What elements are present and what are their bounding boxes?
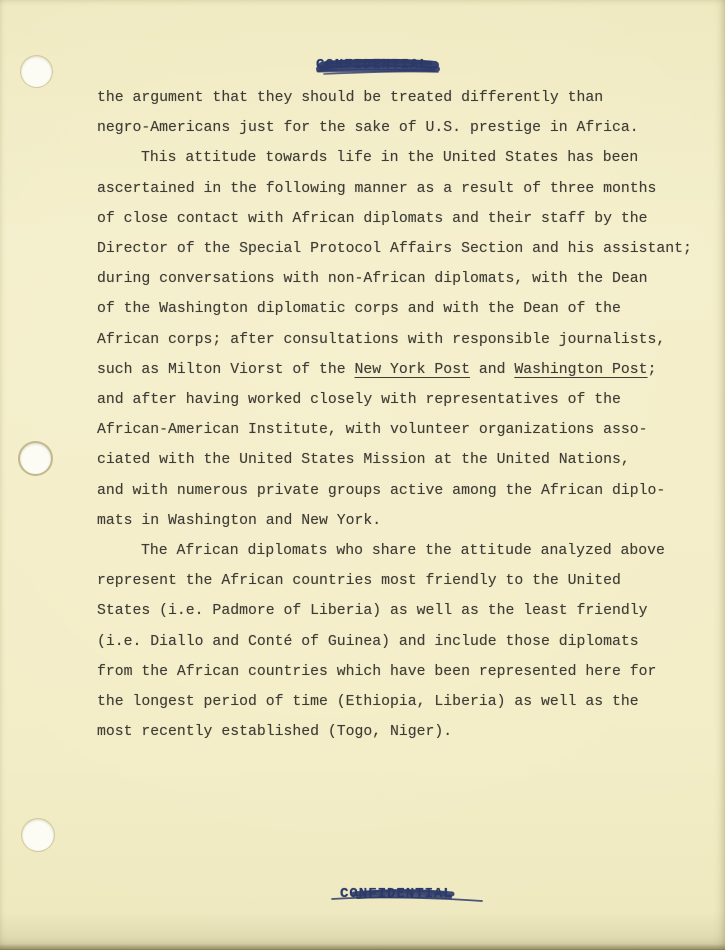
document-lines: the argument that they should be treated… — [97, 83, 707, 747]
text-segment: (i.e. Diallo and Conté of Guinea) and in… — [97, 634, 639, 650]
text-segment: and — [470, 362, 514, 378]
text-line: the longest period of time (Ethiopia, Li… — [97, 687, 707, 717]
text-line: The African diplomats who share the atti… — [97, 536, 707, 566]
text-segment: from the African countries which have be… — [97, 664, 656, 680]
text-line: from the African countries which have be… — [97, 657, 707, 687]
text-segment: mats in Washington and New York. — [97, 513, 381, 529]
text-segment: most recently established (Togo, Niger). — [97, 724, 452, 740]
text-segment: the longest period of time (Ethiopia, Li… — [97, 694, 639, 710]
punch-hole-bottom — [22, 819, 54, 851]
underlined-text: New York Post — [355, 362, 470, 378]
text-line: and after having worked closely with rep… — [97, 385, 707, 415]
text-segment: the argument that they should be treated… — [97, 90, 603, 106]
page-bottom-shadow — [0, 944, 725, 950]
text-segment: and after having worked closely with rep… — [97, 392, 621, 408]
text-segment: This attitude towards life in the United… — [141, 150, 638, 166]
text-segment: African corps; after consultations with … — [97, 332, 665, 348]
underlined-text: Washington Post — [514, 362, 647, 378]
text-line: This attitude towards life in the United… — [97, 143, 707, 173]
text-line: Director of the Special Protocol Affairs… — [97, 234, 707, 264]
text-line: during conversations with non-African di… — [97, 264, 707, 294]
confidential-stamp-bottom-text: CONFIDENTIAL — [340, 886, 470, 902]
text-segment: such as Milton Viorst of the — [97, 362, 355, 378]
text-segment: ascertained in the following manner as a… — [97, 181, 656, 197]
text-line: such as Milton Viorst of the New York Po… — [97, 355, 707, 385]
text-line: ciated with the United States Mission at… — [97, 445, 707, 475]
text-line: African-American Institute, with volunte… — [97, 415, 707, 445]
confidential-stamp-top-text: CONFIDENTIAL — [316, 57, 440, 73]
text-line: States (i.e. Padmore of Liberia) as well… — [97, 596, 707, 626]
document-body-text: the argument that they should be treated… — [97, 83, 707, 747]
text-segment: ; — [648, 362, 657, 378]
punch-hole-top — [21, 56, 52, 87]
punch-hole-middle — [20, 443, 51, 474]
text-line: negro-Americans just for the sake of U.S… — [97, 113, 707, 143]
text-segment: of close contact with African diplomats … — [97, 211, 648, 227]
text-segment: ciated with the United States Mission at… — [97, 452, 630, 468]
confidential-stamp-bottom: CONFIDENTIAL — [340, 886, 470, 910]
text-segment: of the Washington diplomatic corps and w… — [97, 301, 621, 317]
text-line: represent the African countries most fri… — [97, 566, 707, 596]
text-line: ascertained in the following manner as a… — [97, 174, 707, 204]
text-segment: States (i.e. Padmore of Liberia) as well… — [97, 603, 648, 619]
text-line: and with numerous private groups active … — [97, 476, 707, 506]
text-segment: Director of the Special Protocol Affairs… — [97, 241, 692, 257]
text-line: mats in Washington and New York. — [97, 506, 707, 536]
text-line: of close contact with African diplomats … — [97, 204, 707, 234]
confidential-stamp-top: CONFIDENTIAL — [316, 57, 440, 79]
text-line: (i.e. Diallo and Conté of Guinea) and in… — [97, 627, 707, 657]
text-segment: represent the African countries most fri… — [97, 573, 621, 589]
text-segment: African-American Institute, with volunte… — [97, 422, 648, 438]
document-page: CONFIDENTIAL the argument that they shou… — [0, 0, 725, 950]
text-segment: and with numerous private groups active … — [97, 483, 665, 499]
text-line: of the Washington diplomatic corps and w… — [97, 294, 707, 324]
text-segment: The African diplomats who share the atti… — [141, 543, 665, 559]
text-line: African corps; after consultations with … — [97, 325, 707, 355]
text-line: the argument that they should be treated… — [97, 83, 707, 113]
text-segment: during conversations with non-African di… — [97, 271, 648, 287]
text-line: most recently established (Togo, Niger). — [97, 717, 707, 747]
text-segment: negro-Americans just for the sake of U.S… — [97, 120, 639, 136]
